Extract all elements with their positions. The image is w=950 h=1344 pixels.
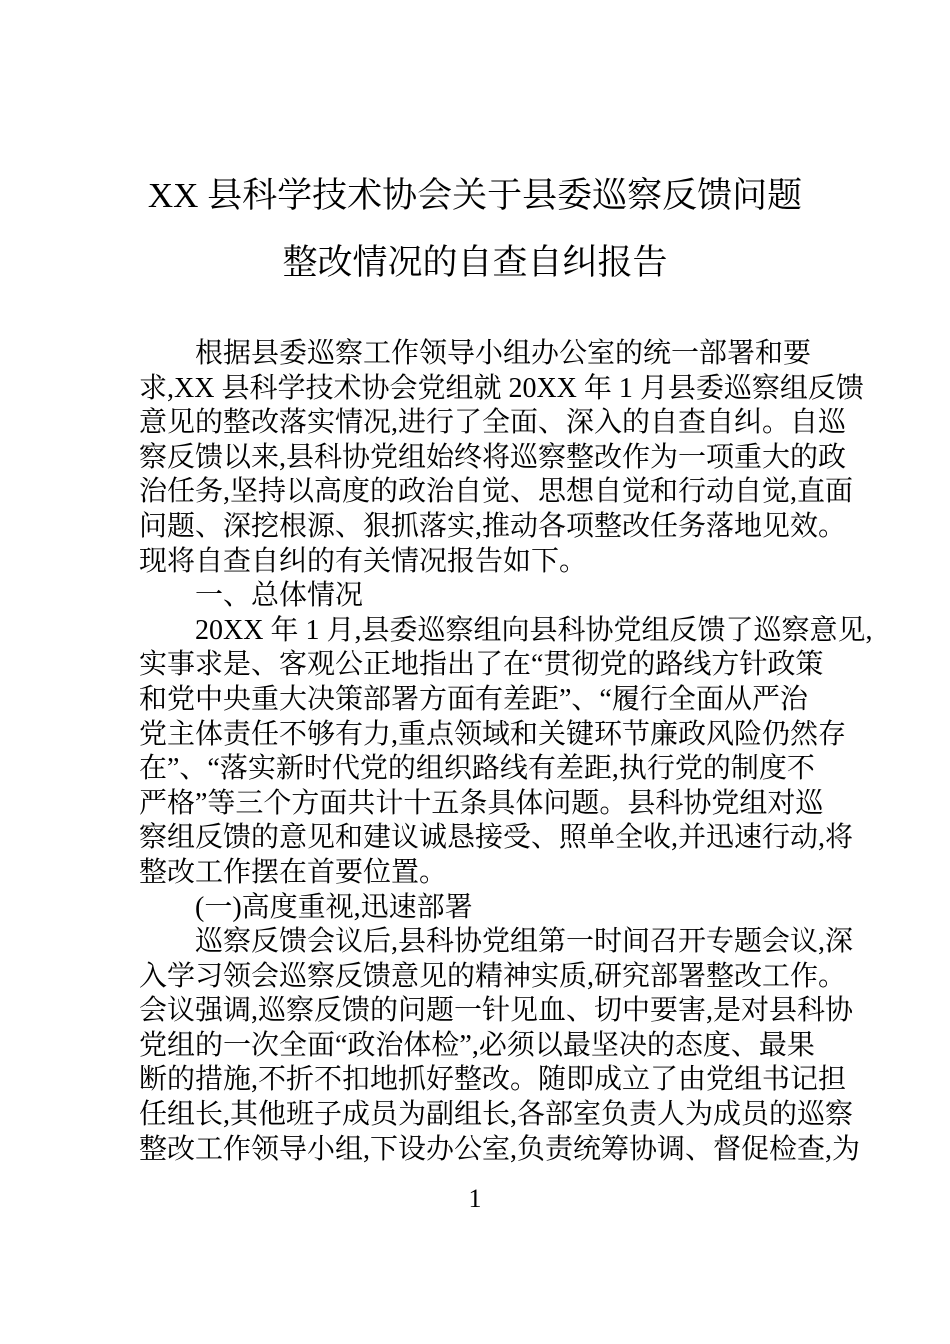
document-title-line: 整改情况的自查自纠报告 (0, 229, 950, 296)
body-text-line: 党组的一次全面“政治体检”,必须以最坚决的态度、最果 (139, 1029, 859, 1064)
body-text-line: 治任务,坚持以高度的政治自觉、思想自觉和行动自觉,直面 (139, 475, 859, 510)
document-title-line: XX 县科学技术协会关于县委巡察反馈问题 (0, 162, 950, 229)
body-text-line: 意见的整改落实情况,进行了全面、深入的自查自纠。自巡 (139, 406, 859, 441)
body-text-line: (一)高度重视,迅速部署 (139, 891, 859, 926)
body-text-line: 20XX 年 1 月,县委巡察组向县科协党组反馈了巡察意见, (139, 614, 859, 649)
body-text-line: 察反馈以来,县科协党组始终将巡察整改作为一项重大的政 (139, 441, 859, 476)
body-text-line: 断的措施,不折不扣地抓好整改。随即成立了由党组书记担 (139, 1063, 859, 1098)
body-text-line: 党主体责任不够有力,重点领域和关键环节廉政风险仍然存 (139, 718, 859, 753)
body-text-line: 整改工作摆在首要位置。 (139, 856, 859, 891)
body-text-line: 根据县委巡察工作领导小组办公室的统一部署和要 (139, 337, 859, 372)
body-text-line: 实事求是、客观公正地指出了在“贯彻党的路线方针政策 (139, 648, 859, 683)
body-text-line: 整改工作领导小组,下设办公室,负责统筹协调、督促检查,为 (139, 1133, 859, 1168)
body-text-line: 在”、“落实新时代党的组织路线有差距,执行党的制度不 (139, 752, 859, 787)
body-text-line: 巡察反馈会议后,县科协党组第一时间召开专题会议,深 (139, 925, 859, 960)
body-text-line: 现将自查自纠的有关情况报告如下。 (139, 545, 859, 580)
body-text-line: 察组反馈的意见和建议诚恳接受、照单全收,并迅速行动,将 (139, 821, 859, 856)
body-text-line: 一、总体情况 (139, 579, 859, 614)
document-body: 根据县委巡察工作领导小组办公室的统一部署和要求,XX 县科学技术协会党组就 20… (139, 337, 859, 1167)
document-page: XX 县科学技术协会关于县委巡察反馈问题整改情况的自查自纠报告 根据县委巡察工作… (0, 0, 950, 1344)
body-text-line: 求,XX 县科学技术协会党组就 20XX 年 1 月县委巡察组反馈 (139, 372, 859, 407)
body-text-line: 问题、深挖根源、狠抓落实,推动各项整改任务落地见效。 (139, 510, 859, 545)
page-number: 1 (0, 1184, 950, 1214)
body-text-line: 任组长,其他班子成员为副组长,各部室负责人为成员的巡察 (139, 1098, 859, 1133)
body-text-line: 和党中央重大决策部署方面有差距”、“履行全面从严治 (139, 683, 859, 718)
document-title: XX 县科学技术协会关于县委巡察反馈问题整改情况的自查自纠报告 (0, 162, 950, 296)
body-text-line: 入学习领会巡察反馈意见的精神实质,研究部署整改工作。 (139, 960, 859, 995)
body-text-line: 严格”等三个方面共计十五条具体问题。县科协党组对巡 (139, 787, 859, 822)
body-text-line: 会议强调,巡察反馈的问题一针见血、切中要害,是对县科协 (139, 994, 859, 1029)
